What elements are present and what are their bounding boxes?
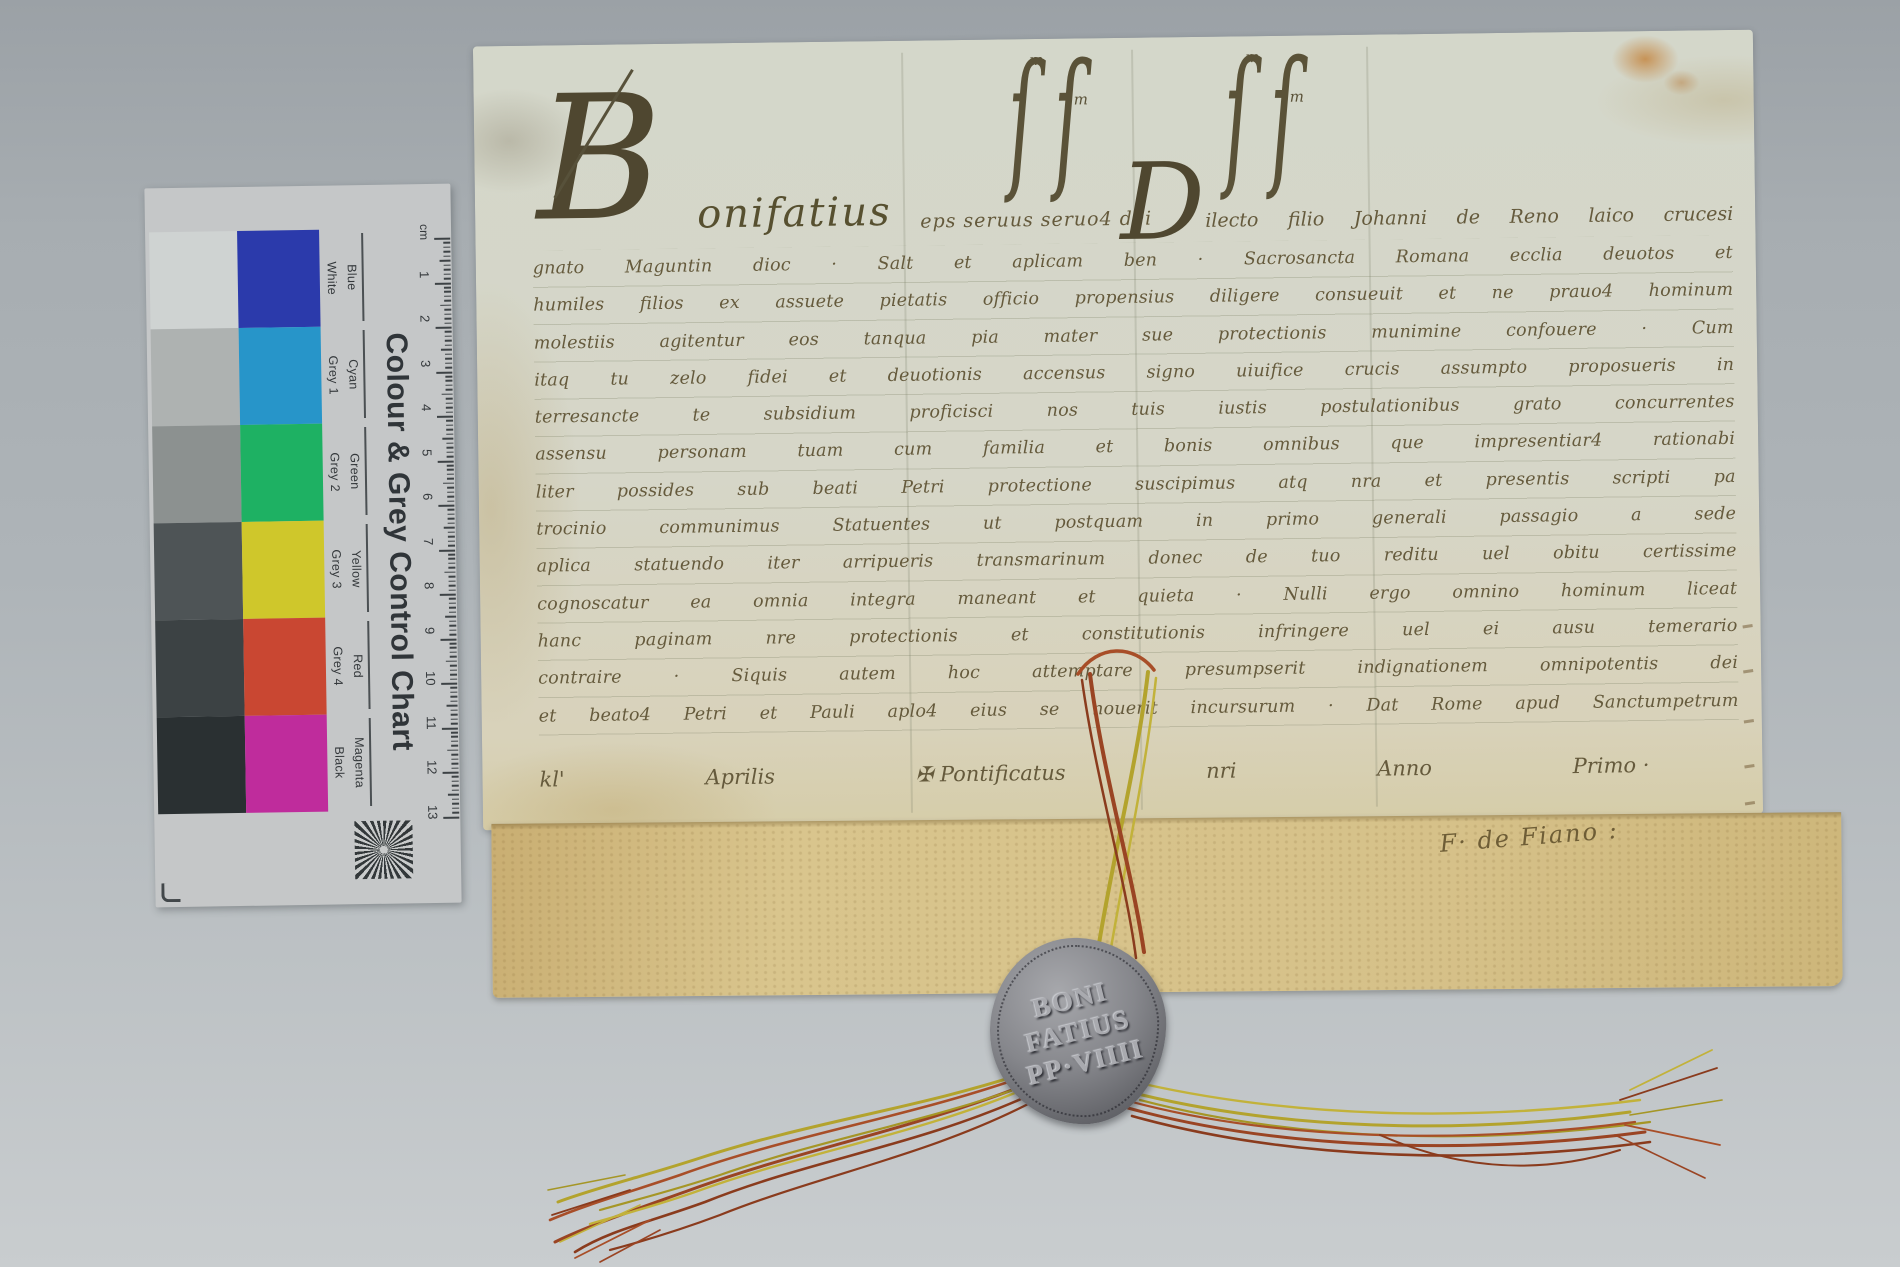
ruler-tick (438, 505, 454, 507)
cord-strand (575, 1220, 650, 1258)
cord-strand (552, 1190, 630, 1215)
address-line: ilecto filio Johanni de Reno laico cruce… (1205, 203, 1733, 232)
ruler-tick (447, 469, 454, 471)
cm-ruler: cm 12345678910111213 (407, 224, 461, 885)
ruler-tick (449, 607, 456, 609)
ruler-tick (445, 322, 452, 324)
grey-name-label: Grey 4 (326, 617, 346, 714)
ruler-tick (452, 807, 459, 809)
ruler-tick (440, 594, 456, 596)
grey-name-label: Black (328, 714, 348, 811)
cord-strand (1098, 672, 1148, 950)
ruler-tick (448, 522, 455, 524)
ruler-tick (444, 309, 451, 311)
ruler-tick (448, 518, 455, 520)
flourish-mark: m (1290, 88, 1304, 106)
row-divider (369, 718, 372, 806)
ruler-tick (445, 384, 452, 386)
ruler-tick (443, 255, 450, 257)
cord-strand (550, 1078, 1020, 1220)
ruler-tick (451, 754, 458, 756)
row-divider (367, 621, 370, 709)
ruler-number: 12 (424, 760, 439, 775)
ruler-tick (445, 336, 452, 338)
ruler-number: 1 (417, 270, 432, 277)
grey-name-label: Grey 3 (325, 520, 345, 617)
ruler-tick (451, 718, 458, 720)
ruler-tick (435, 282, 451, 284)
ruler-tick (441, 683, 457, 685)
ruler-tick (450, 656, 457, 658)
ruler-tick (446, 429, 453, 431)
ruler-tick (444, 313, 451, 315)
photograph-of-charter-and-colour-chart: WhiteGrey 1Grey 2Grey 3Grey 4Black BlueC… (0, 0, 1900, 1267)
ruler-tick (448, 531, 455, 533)
ruler-tick (451, 758, 458, 760)
flourish-mark: m (1074, 90, 1088, 108)
row-divider (361, 233, 364, 321)
ruler-tick (452, 767, 459, 769)
ruler-tick (444, 527, 455, 529)
ruler-tick (447, 473, 454, 475)
ruler-tick (444, 264, 451, 266)
ruler-tick (448, 540, 455, 542)
cord-strand (1125, 1100, 1635, 1136)
ruler-tick (449, 611, 456, 613)
ruler-tick (446, 425, 453, 427)
ruler-tick (445, 367, 452, 369)
ruler-tick (441, 349, 452, 351)
cord-strand (1082, 680, 1136, 958)
ruler-tick (445, 376, 452, 378)
ruler-tick (452, 785, 459, 787)
ruler-number: 11 (424, 715, 439, 729)
ruler-tick (452, 780, 459, 782)
ruler-tick (442, 727, 458, 729)
cord-strand (600, 1082, 1035, 1210)
ruler-tick (450, 696, 457, 698)
colour-name-label: Yellow (345, 520, 365, 617)
ruler-tick (451, 732, 458, 734)
ruler-tick (443, 482, 454, 484)
ruler-tick (447, 705, 458, 707)
ruler-tick (440, 260, 451, 262)
ruler-tick (449, 580, 456, 582)
ruler-tick (450, 678, 457, 680)
ruler-tick (446, 411, 453, 413)
ruler-tick (444, 295, 451, 297)
ruler-tick (447, 478, 454, 480)
cord-strand (1615, 1135, 1705, 1178)
ruler-tick (444, 318, 451, 320)
ruler-tick (450, 669, 457, 671)
ruler-tick (449, 634, 456, 636)
ruler-tick (450, 700, 457, 702)
crop-corner-mark (161, 883, 180, 902)
ruler-unit-label: cm (417, 224, 431, 240)
colour-patch-blue (237, 230, 321, 328)
ruler-tick (440, 304, 451, 306)
colour-patch-cyan (239, 327, 323, 425)
cord-strand (575, 1095, 1030, 1252)
grey-patch-grey-2 (152, 425, 242, 523)
ruler-tick (452, 798, 459, 800)
row-divider (366, 524, 369, 612)
ruler-tick (446, 389, 453, 391)
ruler-tick (439, 549, 455, 551)
ruler-tick (445, 353, 452, 355)
ruler-tick (443, 772, 459, 774)
ruler-tick (450, 643, 457, 645)
ruler-tick (445, 344, 452, 346)
ruler-tick (450, 687, 457, 689)
ruler-tick (444, 269, 451, 271)
ruler-tick (442, 393, 453, 395)
colour-name-label: Red (346, 617, 366, 714)
grey-patch-grey-1 (151, 328, 241, 426)
cord-strand (558, 1072, 1028, 1202)
colour-control-card: WhiteGrey 1Grey 2Grey 3Grey 4Black BlueC… (144, 184, 461, 908)
ruler-tick (449, 629, 456, 631)
ruler-tick (448, 514, 455, 516)
ruler-tick (450, 651, 457, 653)
ruler-number: 10 (423, 671, 438, 686)
siemens-star-icon (354, 820, 413, 879)
ruler-tick (450, 647, 457, 649)
colour-name-label: Blue (340, 229, 360, 326)
ruler-tick (448, 558, 455, 560)
ruler-tick (446, 442, 453, 444)
ruler-number: 9 (422, 626, 437, 633)
ruler-tick (438, 460, 454, 462)
colour-name-label: Green (343, 423, 363, 520)
ruler-tick (448, 545, 455, 547)
row-divider (363, 330, 366, 418)
ruler-tick (449, 625, 456, 627)
ruler-tick (447, 500, 454, 502)
ruler-tick (447, 496, 454, 498)
ruler-tick (451, 736, 458, 738)
ruler-tick (436, 371, 452, 373)
ruler-tick (446, 402, 453, 404)
ruler-tick (447, 465, 454, 467)
ruler-tick (446, 433, 453, 435)
ruler-tick (450, 691, 457, 693)
ruler-tick (448, 567, 455, 569)
ruler-tick (445, 362, 452, 364)
ruler-tick (436, 327, 452, 329)
ascender-flourish: ſ (1269, 42, 1299, 192)
ruler-tick (445, 616, 456, 618)
ruler-tick (451, 763, 458, 765)
ruler-tick (447, 509, 454, 511)
ruler-tick (451, 714, 458, 716)
ruler-tick (448, 794, 459, 796)
ruler-tick (451, 740, 458, 742)
ruler-number: 7 (421, 537, 436, 544)
ruler-tick (449, 589, 456, 591)
ruler-tick (449, 598, 456, 600)
ruler-tick (447, 487, 454, 489)
stitch-holes (473, 30, 1753, 47)
papal-lead-seal: BONIFATIUSPP·VIIII (987, 935, 1169, 1127)
seal-cords (480, 630, 1840, 1267)
ruler-tick (450, 674, 457, 676)
ruler-tick (446, 407, 453, 409)
ruler-tick (452, 789, 459, 791)
cord-strand (1620, 1068, 1717, 1100)
ruler-tick (444, 273, 451, 275)
colour-name-label: Magenta (348, 714, 368, 811)
ruler-tick (446, 447, 453, 449)
ruler-tick (451, 745, 458, 747)
ruler-tick (443, 251, 450, 253)
ruler-number: 8 (422, 582, 437, 589)
ruler-tick (452, 812, 459, 814)
ruler-tick (443, 242, 450, 244)
ruler-tick (449, 585, 456, 587)
decorated-initial-D: D (1119, 149, 1205, 256)
ruler-tick (445, 358, 452, 360)
ruler-tick (434, 238, 450, 240)
ruler-tick (449, 620, 456, 622)
ruler-tick (448, 554, 455, 556)
cord-strand (1630, 1100, 1722, 1115)
colour-patch-magenta (245, 715, 329, 813)
grey-patch-black (157, 716, 247, 814)
ruler-tick (445, 340, 452, 342)
ruler-tick (440, 638, 456, 640)
superscription-line: eps seruus seruo4 dei (920, 208, 1152, 233)
ruler-tick (447, 456, 454, 458)
grey-patch-grey-3 (154, 522, 244, 620)
row-dividers (144, 184, 450, 189)
colour-patch-green (240, 424, 324, 522)
ascender-flourish: ſ (1053, 44, 1083, 194)
flourish-mark: m (1029, 51, 1043, 69)
grey-name-label: White (320, 229, 340, 326)
ruler-number: 4 (419, 404, 434, 411)
ruler-tick (448, 576, 455, 578)
ruler-tick (449, 602, 456, 604)
cord-strand (548, 1175, 625, 1190)
ruler-tick (443, 247, 450, 249)
colour-patch-yellow (242, 521, 326, 619)
ruler-number: 13 (425, 804, 440, 819)
ruler-tick (444, 291, 451, 293)
flourish-mark: m (1245, 48, 1259, 66)
grey-patch-white (149, 231, 239, 329)
ruler-tick (446, 420, 453, 422)
row-divider (364, 427, 367, 515)
stitch-hole (1742, 624, 1752, 628)
colour-patch-red (243, 618, 327, 716)
colour-name-label: Cyan (342, 326, 362, 423)
grey-patch-grey-4 (155, 619, 245, 717)
ruler-tick (444, 571, 455, 573)
ruler-tick (447, 491, 454, 493)
ruler-tick (447, 749, 458, 751)
grey-name-label: Grey 2 (323, 423, 343, 520)
grey-name-label: Grey 1 (322, 326, 342, 423)
ruler-number: 3 (418, 359, 433, 366)
ruler-tick (442, 438, 453, 440)
ruler-tick (448, 536, 455, 538)
decorated-initial-B: B (535, 72, 664, 246)
ruler-tick (446, 660, 457, 662)
ruler-tick (444, 278, 451, 280)
ruler-tick (452, 776, 459, 778)
ruler-tick (444, 287, 451, 289)
ruler-tick (445, 331, 452, 333)
patch-grid (149, 230, 328, 815)
ruler-tick (451, 723, 458, 725)
ruler-tick (451, 709, 458, 711)
ruler-number: 2 (417, 315, 432, 322)
ruler-tick (448, 562, 455, 564)
cord-strand (1078, 651, 1154, 674)
ruler-tick (447, 451, 454, 453)
ruler-tick (445, 380, 452, 382)
ruler-tick (444, 300, 451, 302)
ruler-tick (452, 803, 459, 805)
ruler-tick (446, 398, 453, 400)
cord-strand (1625, 1125, 1720, 1145)
ruler-tick (450, 665, 457, 667)
ruler-tick (437, 416, 453, 418)
opening-word: onifatius (697, 189, 892, 238)
ruler-number: 6 (420, 493, 435, 500)
ruler-tick (443, 816, 459, 818)
ruler-number: 5 (419, 448, 434, 455)
